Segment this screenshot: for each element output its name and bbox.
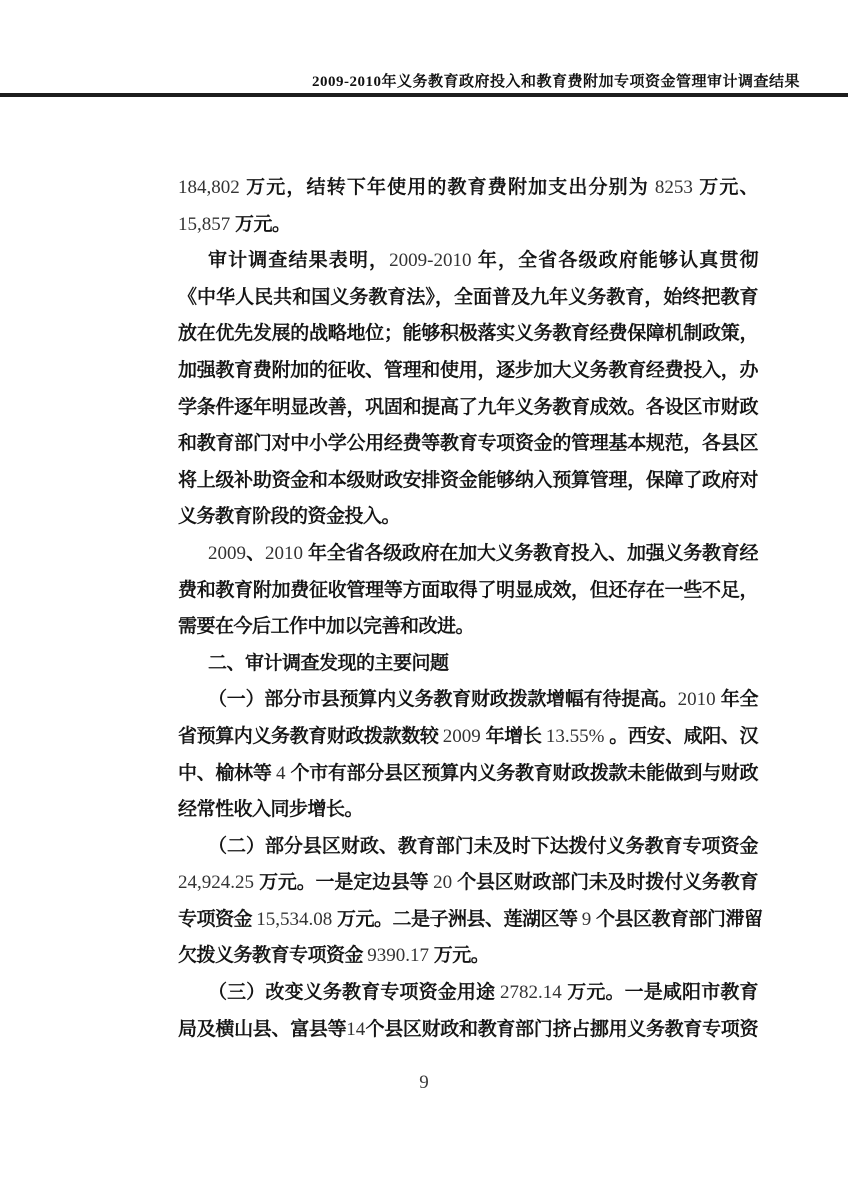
cjk-text: 局及横山县、富县等 [178, 1019, 346, 1040]
cjk-text: 个县区财政部门未及时拨付义务教育 [457, 872, 758, 893]
numeric-text: 8253 [655, 177, 699, 198]
cjk-text: 个县区教育部门滞留 [596, 909, 763, 930]
section-heading: 二、审计调查发现的主要问题 [178, 646, 758, 683]
text-line: 15,857 万元。 [178, 207, 758, 244]
numeric-text: 15,534.08 [256, 909, 337, 930]
text-line: 24,924.25 万元。一是定边县等 20 个县区财政部门未及时拨付义务教育 [178, 865, 758, 902]
cjk-text: 万元。一是咸阳市教育 [567, 982, 758, 1003]
text-line: 欠拨义务教育专项资金 9390.17 万元。 [178, 938, 758, 975]
text-line: 需要在今后工作中加以完善和改进。 [178, 609, 758, 646]
cjk-text: 中、榆林等 [178, 763, 276, 784]
numeric-text: 4 [276, 763, 290, 784]
numeric-text: 9 [582, 909, 596, 930]
text-line: 费和教育附加费征收管理等方面取得了明显成效，但还存在一些不足， [178, 573, 758, 610]
text-line: 放在优先发展的战略地位；能够积极落实义务教育经费保障机制政策， [178, 316, 758, 353]
cjk-text: 审计调查结果表明， [208, 250, 389, 271]
cjk-text: 加强教育费附加的征收、管理和使用，逐步加大义务教育经费投入，办 [178, 360, 758, 381]
cjk-text: 个县区财政和教育部门挤占挪用义务教育专项资 [365, 1019, 758, 1040]
cjk-text: 费和教育附加费征收管理等方面取得了明显成效，但还存在一些不足， [178, 580, 758, 601]
numeric-text: 2009 [208, 543, 246, 564]
cjk-text: 万元。 [235, 214, 291, 235]
text-line: （一）部分市县预算内义务教育财政拨款增幅有待提高。2010 年全 [178, 682, 758, 719]
text-line: 中、榆林等 4 个市有部分县区预算内义务教育财政拨款未能做到与财政 [178, 756, 758, 793]
cjk-text: （二）部分县区财政、教育部门未及时下达拨付义务教育专项资金 [208, 836, 758, 857]
cjk-text: 万元，结转下年使用的教育费附加支出分别为 [246, 177, 655, 198]
cjk-text: 省预算内义务教育财政拨款数较 [178, 726, 443, 747]
numeric-text: 2010 [678, 689, 721, 710]
text-line: 局及横山县、富县等14个县区财政和教育部门挤占挪用义务教育专项资 [178, 1012, 758, 1049]
cjk-text: 万元。 [434, 945, 490, 966]
cjk-text: （三）改变义务教育专项资金用途 [208, 982, 500, 1003]
cjk-text: 需要在今后工作中加以完善和改进。 [178, 616, 474, 637]
numeric-text: 15,857 [178, 214, 235, 235]
running-header-title: 2009-2010年义务教育政府投入和教育费附加专项资金管理审计调查结果 [0, 70, 800, 91]
text-line: 《中华人民共和国义务教育法》，全面普及九年义务教育，始终把教育 [178, 280, 758, 317]
page-number: 9 [0, 1072, 848, 1094]
header-rule [0, 93, 848, 97]
text-line: 和教育部门对中小学公用经费等教育专项资金的管理基本规范，各县区 [178, 426, 758, 463]
text-line: 184,802 万元，结转下年使用的教育费附加支出分别为 8253 万元、 [178, 170, 758, 207]
cjk-text: 万元。二是子洲县、莲湖区等 [337, 909, 582, 930]
cjk-text: 二、审计调查发现的主要问题 [208, 653, 449, 674]
text-line: 将上级补助资金和本级财政安排资金能够纳入预算管理，保障了政府对 [178, 463, 758, 500]
text-line: 2009、2010 年全省各级政府在加大义务教育投入、加强义务教育经 [178, 536, 758, 573]
cjk-text: 万元。一是定边县等 [259, 872, 433, 893]
text-line: 审计调查结果表明，2009-2010 年，全省各级政府能够认真贯彻 [178, 243, 758, 280]
cjk-text: 年增长 [486, 726, 546, 747]
cjk-text: 年，全省各级政府能够认真贯彻 [478, 250, 758, 271]
text-line: （二）部分县区财政、教育部门未及时下达拨付义务教育专项资金 [178, 829, 758, 866]
text-line: 经常性收入同步增长。 [178, 792, 758, 829]
numeric-text: 2010 [265, 543, 308, 564]
cjk-text: 和教育部门对中小学公用经费等教育专项资金的管理基本规范，各县区 [178, 433, 758, 454]
numeric-text: 2782.14 [500, 982, 567, 1003]
numeric-text: 24,924.25 [178, 872, 259, 893]
text-line: 专项资金 15,534.08 万元。二是子洲县、莲湖区等 9 个县区教育部门滞留 [178, 902, 758, 939]
text-line: 义务教育阶段的资金投入。 [178, 499, 758, 536]
cjk-text: 万元、 [699, 177, 758, 198]
cjk-text: 专项资金 [178, 909, 256, 930]
numeric-text: 9390.17 [367, 945, 434, 966]
numeric-text: 20 [433, 872, 457, 893]
numeric-text: 2009 [443, 726, 486, 747]
cjk-text: 将上级补助资金和本级财政安排资金能够纳入预算管理，保障了政府对 [178, 470, 758, 491]
cjk-text: 。西安、咸阳、汉 [609, 726, 758, 747]
cjk-text: 欠拨义务教育专项资金 [178, 945, 367, 966]
cjk-text: 义务教育阶段的资金投入。 [178, 506, 400, 527]
cjk-text: 《中华人民共和国义务教育法》，全面普及九年义务教育，始终把教育 [178, 287, 758, 308]
cjk-text: 放在优先发展的战略地位；能够积极落实义务教育经费保障机制政策， [178, 323, 758, 344]
cjk-text: 、 [246, 543, 265, 564]
numeric-text: 13.55% [546, 726, 609, 747]
cjk-text: 经常性收入同步增长。 [178, 799, 363, 820]
numeric-text: 2009-2010 [389, 250, 478, 271]
document-body: 184,802 万元，结转下年使用的教育费附加支出分别为 8253 万元、15,… [178, 170, 758, 1048]
cjk-text: 年全 [721, 689, 758, 710]
cjk-text: 年全省各级政府在加大义务教育投入、加强义务教育经 [308, 543, 758, 564]
text-line: 加强教育费附加的征收、管理和使用，逐步加大义务教育经费投入，办 [178, 353, 758, 390]
cjk-text: 学条件逐年明显改善，巩固和提高了九年义务教育成效。各设区市财政 [178, 397, 758, 418]
text-line: （三）改变义务教育专项资金用途 2782.14 万元。一是咸阳市教育 [178, 975, 758, 1012]
text-line: 省预算内义务教育财政拨款数较 2009 年增长 13.55% 。西安、咸阳、汉 [178, 719, 758, 756]
numeric-text: 184,802 [178, 177, 246, 198]
cjk-text: （一）部分市县预算内义务教育财政拨款增幅有待提高。 [208, 689, 678, 710]
cjk-text: 个市有部分县区预算内义务教育财政拨款未能做到与财政 [290, 763, 758, 784]
document-page: 2009-2010年义务教育政府投入和教育费附加专项资金管理审计调查结果 184… [0, 0, 848, 1200]
text-line: 学条件逐年明显改善，巩固和提高了九年义务教育成效。各设区市财政 [178, 390, 758, 427]
numeric-text: 14 [346, 1019, 365, 1040]
